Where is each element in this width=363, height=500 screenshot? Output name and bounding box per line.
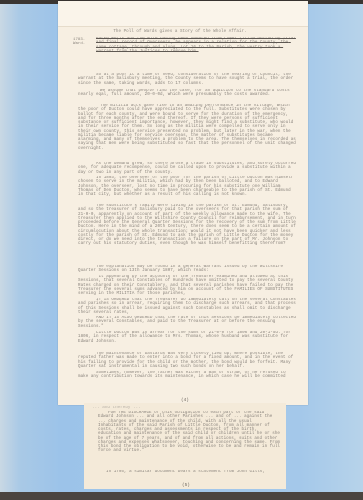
paragraph-2: So at a poor it a time of need, consider…	[78, 73, 296, 86]
scanner-edge-bottom	[0, 492, 363, 500]
bond-quote: FOR THE DISCHARGE of this obligation to …	[98, 411, 282, 466]
paragraph-4: The militia acts gave rise to an amazing…	[78, 104, 296, 160]
paper-fold	[58, 1, 308, 27]
page-number-lower: (5)	[182, 483, 190, 488]
paragraph-3: We assume that people find the case, for…	[78, 89, 296, 98]
quoted-warrant-1: "It appearing by the accounts of the Tre…	[78, 275, 296, 297]
paragraph-7: The substitute's family were living in t…	[78, 204, 296, 264]
lower-last-line: In 1795, a similar document bears a stat…	[98, 470, 282, 475]
paragraph-11: Sometimes, however, the father was eithe…	[78, 371, 296, 380]
paragraph-10: The maintenance of bastards was very clo…	[78, 352, 296, 369]
margin-note: 1783. Ward.	[73, 38, 87, 46]
document-title: The Poll of Wards gives a Story of the W…	[95, 30, 265, 34]
quoted-warrant-3: AND IT IS ALSO ORDERED that the rate of …	[78, 316, 296, 329]
paragraph-6: In 1803, the overseer of the poor for th…	[78, 176, 296, 202]
paragraph-9: Little Ducton was in arrear for the sums…	[78, 331, 296, 344]
paragraph-8: The explanation may be found in a genera…	[78, 265, 296, 274]
quoted-warrant-2: IT IS ORDERED that the Treasurer do imme…	[78, 298, 296, 315]
paragraph-1: Parke Wells and the wife having been sev…	[96, 37, 296, 67]
paragraph-5: As the demand grew, so there arose a tra…	[78, 162, 296, 175]
